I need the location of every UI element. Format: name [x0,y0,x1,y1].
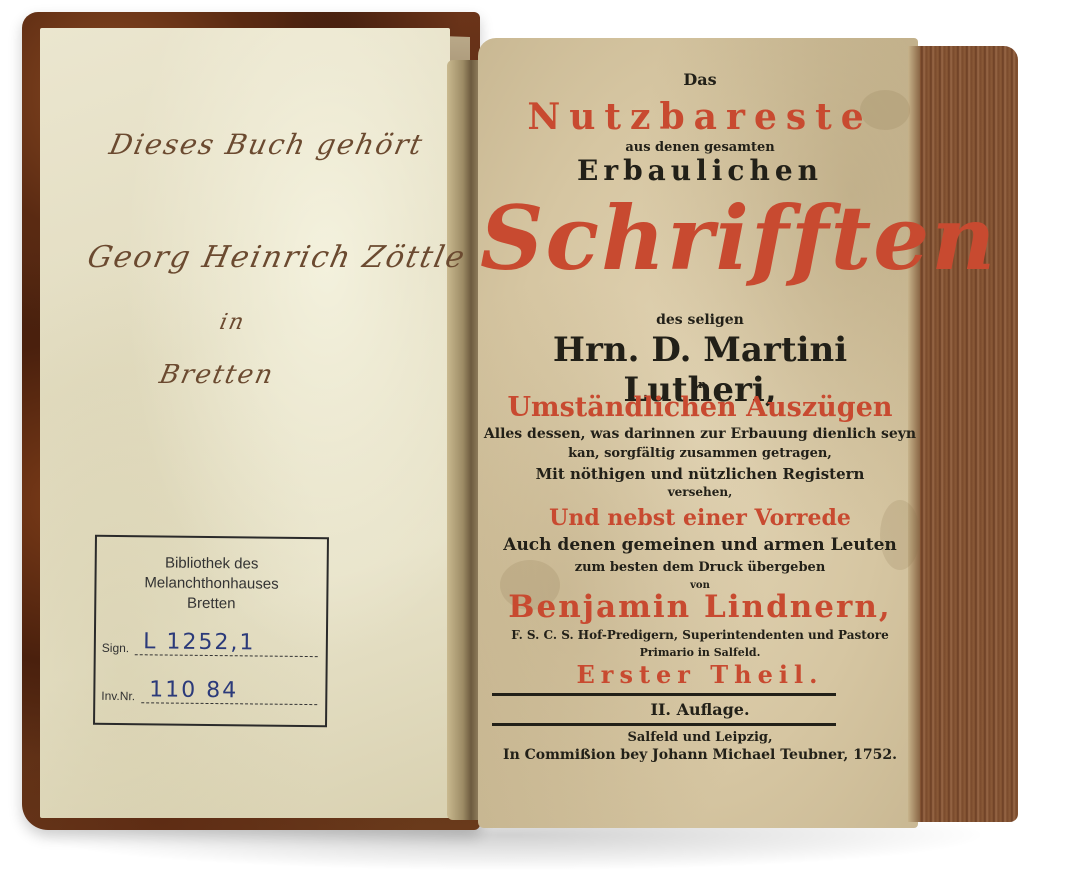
title-schrifften: Schrifften [480,186,920,290]
title-edition: II. Auflage. [480,700,920,719]
stamp-line-1: Bibliothek des [97,553,327,575]
title-zum-besten: zum besten dem Druck übergeben [480,560,920,575]
stamp-signature-row: Sign. L 1252,1 [102,629,318,657]
title-place: Salfeld und Leipzig, [480,730,920,745]
title-mit: Mit nöthigen und nützlichen Registern [480,465,920,483]
title-publisher: In Commißion bey Johann Michael Teubner,… [480,747,920,763]
page-block-edge [908,46,1018,822]
title-editor: Benjamin Lindnern, [480,589,920,625]
inventory-value: 110 84 [141,677,317,705]
handwriting-line-3: in [217,310,248,335]
open-book: Dieses Buch gehört Georg Heinrich Zöttle… [0,0,1080,891]
title-das: Das [480,70,920,89]
title-auch: Auch denen gemeinen und armen Leuten [480,535,920,555]
signature-value: L 1252,1 [135,629,318,657]
title-alles: Alles dessen, was darinnen zur Erbauung … [480,426,920,442]
stamp-inventory-row: Inv.Nr. 110 84 [101,677,317,705]
handwriting-line-2: Georg Heinrich Zöttle [84,240,469,275]
title-in: in [480,378,920,391]
title-und-nebst: Und nebst einer Vorrede [480,505,920,531]
title-rule-top [492,693,836,696]
stamp-header: Bibliothek des Melanchthonhauses Bretten [96,553,327,615]
title-versehen: versehen, [480,485,920,499]
title-part: Erster Theil. [480,660,920,689]
title-aus-denen: aus denen gesamten [480,140,920,155]
library-stamp: Bibliothek des Melanchthonhauses Bretten… [93,535,329,727]
stamp-line-2: Melanchthonhauses [96,573,326,595]
handwriting-line-1: Dieses Buch gehört [106,128,426,161]
title-umstaendlichen: Umständlichen Auszügen [480,392,920,423]
handwriting-line-4: Bretten [157,360,277,390]
inventory-label: Inv.Nr. [101,689,135,703]
title-rule-bottom [492,723,836,726]
title-erbaulichen: Erbaulichen [480,154,920,187]
title-des-seligen: des seligen [480,312,920,328]
title-editor-title: F. S. C. S. Hof-Predigern, Superintenden… [480,628,920,642]
signature-label: Sign. [102,641,130,655]
title-nutzbareste: Nutzbareste [480,96,920,138]
title-kan: kan, sorgfältig zusammen getragen, [480,446,920,461]
title-primario: Primario in Salfeld. [480,646,920,659]
stamp-line-3: Bretten [96,593,326,615]
